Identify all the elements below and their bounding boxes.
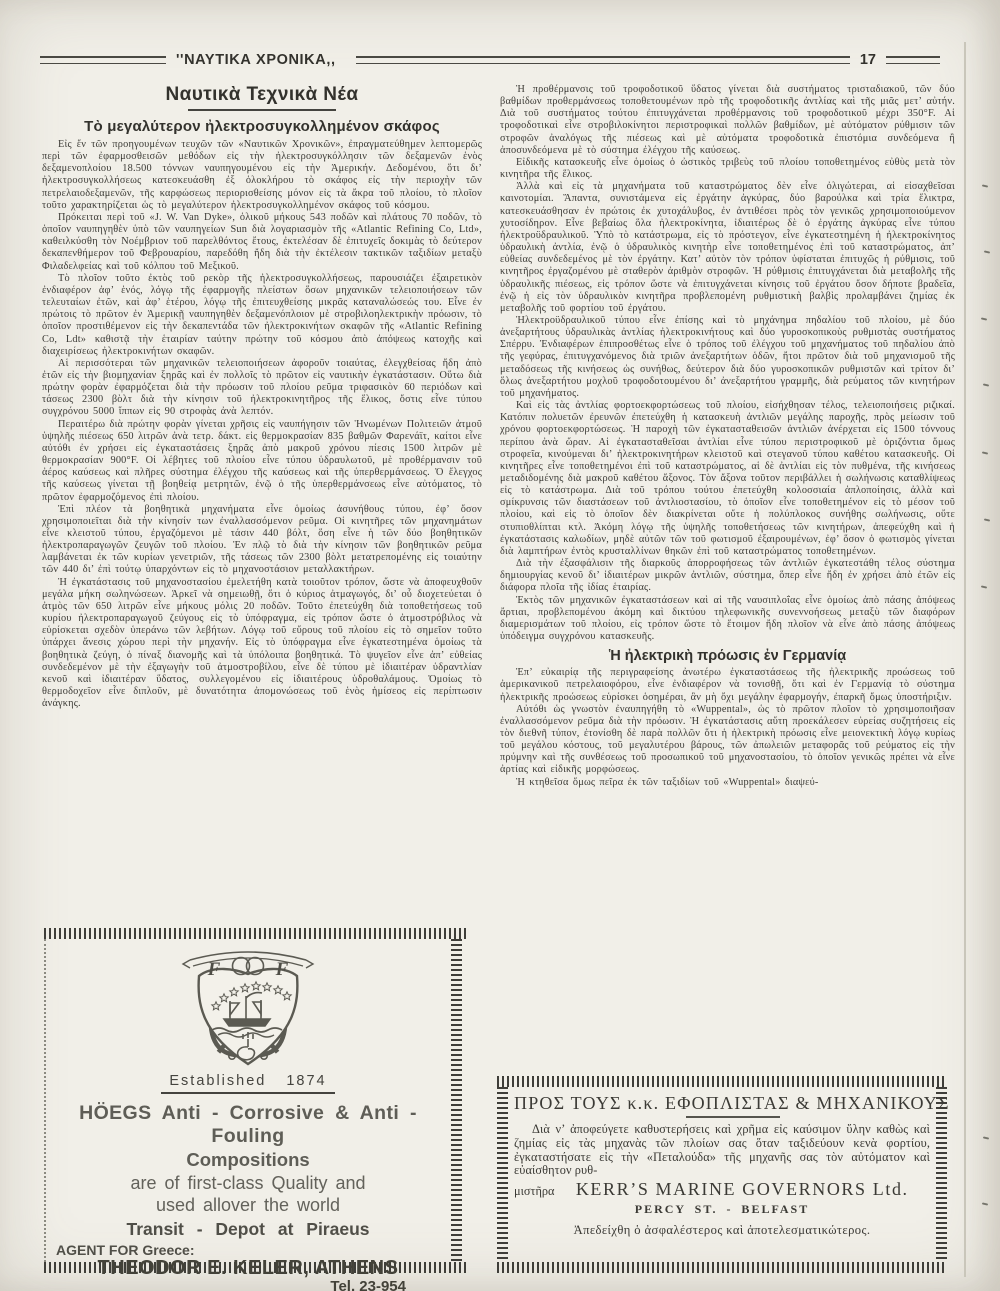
ad-border-hatch — [936, 1087, 947, 1262]
article-headline: Τὸ μεγαλύτερον ἠλεκτροσυγκολλημένον σκάφ… — [42, 118, 482, 135]
kerrs-tagline: Ἀπεδείχθη ὁ ἀσφαλέστερος καὶ ἀποτελεσματ… — [514, 1223, 930, 1238]
kerrs-heading-underline — [686, 1116, 780, 1118]
article-paragraph: Τὸ πλοῖον τοῦτο ἐκτὸς τοῦ ρεκὸρ τῆς ἠλεκ… — [42, 273, 482, 358]
binding-mark — [982, 451, 988, 454]
hoegs-ad: F F Established 1874 HÖEGS Anti - Corros… — [44, 928, 468, 1273]
article-paragraph: Ἡ προθέρμανσις τοῦ τροφοδοτικοῦ ὕδατος γ… — [500, 84, 955, 157]
ad-border-hatch — [44, 928, 468, 939]
ad-border-hatch — [451, 939, 462, 1262]
established-line: Established 1874 — [161, 1073, 334, 1094]
article-paragraph: Ἡ κτηθεῖσα ὅμως πεῖρα ἐκ τῶν ταξιδίων το… — [500, 777, 955, 789]
article-paragraph: Ἡ ἐγκατάστασις τοῦ μηχανοστασίου ἐμελετή… — [42, 577, 482, 711]
article-paragraph: Περαιτέρω διὰ πρώτην φορὰν γίνεται χρῆσι… — [42, 419, 482, 504]
binding-mark — [982, 184, 988, 187]
article-paragraph: Αἱ περισσότεραι τῶν μηχανικῶν τελειοποιή… — [42, 358, 482, 419]
left-column: Ναυτικὰ Τεχνικὰ Νέα Τὸ μεγαλύτερον ἠλεκτ… — [42, 84, 482, 930]
article-paragraph: Διὰ τὴν ἐξασφάλισιν τῆς διαρκοῦς ἀπορροφ… — [500, 558, 955, 594]
article-paragraph: Εἰς ἕν τῶν προηγουμένων τευχῶν τῶν «Ναυτ… — [42, 139, 482, 212]
hoegs-crest-icon: F F — [142, 943, 354, 1069]
hoegs-agent-name: THEODOR E. KELER, ATHENS — [52, 1257, 444, 1280]
title-rule — [188, 109, 336, 111]
masthead-rule — [40, 56, 166, 64]
masthead-title: ''ΝΑΥΤΙΚΑ ΧΡΟΝΙΚΑ,, — [176, 52, 336, 68]
hoegs-title-2: Compositions — [52, 1149, 444, 1171]
kerrs-company-name: KERR’S MARINE GOVERNORS Ltd. — [554, 1179, 930, 1200]
kerrs-ad: ΠΡΟΣ ΤΟΥΣ κ.κ. ΕΦΟΠΛΙΣΤΑΣ & ΜΗΧΑΝΙΚΟΥΣ Δ… — [497, 1076, 947, 1273]
page-number: 17 — [860, 52, 876, 68]
article-paragraph: Ἐκτὸς τῶν μηχανικῶν ἐγκαταστάσεων καὶ αἱ… — [500, 595, 955, 644]
subsection-title: Ἡ ἠλεκτρικὴ πρόωσις ἐν Γερμανίᾳ — [500, 648, 955, 664]
hoegs-depot-line: Transit - Depot at Piraeus — [52, 1219, 444, 1240]
masthead: ''ΝΑΥΤΙΚΑ ΧΡΟΝΙΚΑ,, 17 — [40, 52, 940, 68]
masthead-rule — [886, 56, 940, 64]
binding-mark — [984, 518, 990, 521]
binding-mark — [981, 317, 987, 320]
svg-text:F: F — [275, 959, 289, 980]
kerrs-body: Διὰ ν’ ἀποφεύγετε καθυστερήσεις καὶ χρῆμ… — [514, 1123, 930, 1178]
hoegs-title: HÖEGS Anti - Corrosive & Anti - Fouling — [52, 1102, 444, 1148]
hoegs-slogan: used allover the world — [52, 1195, 444, 1216]
ad-border-dotted — [44, 939, 46, 1262]
article-paragraph: Ἐπ’ εὐκαιρίᾳ τῆς περιγραφείσης ἀνωτέρω ἐ… — [500, 667, 955, 703]
article-paragraph: Ἠλεκτροϋδραυλικοῦ τύπου εἶνε ἐπίσης καὶ … — [500, 315, 955, 400]
article-paragraph: Πρόκειται περὶ τοῦ «J. W. Van Dyke», ὁλι… — [42, 212, 482, 273]
article-paragraph: Ἐπὶ πλέον τὰ βοηθητικὰ μηχανήματα εἶνε ὁ… — [42, 504, 482, 577]
binding-mark — [984, 250, 990, 253]
article-paragraph: Ἀλλὰ καὶ εἰς τὰ μηχανήματα τοῦ καταστρώμ… — [500, 181, 955, 315]
masthead-rule — [356, 56, 850, 64]
ad-border-hatch — [497, 1087, 508, 1262]
hoegs-agent-label: AGENT FOR Greece: — [56, 1242, 444, 1258]
binding-mark — [983, 1136, 989, 1139]
kerrs-address: PERCY ST. - BELFAST — [514, 1202, 930, 1217]
ad-border-hatch — [497, 1076, 947, 1087]
page-edge-line — [964, 42, 966, 1277]
binding-mark — [981, 585, 987, 588]
right-column: Ἡ προθέρμανσις τοῦ τροφοδοτικοῦ ὕδατος γ… — [500, 84, 955, 1078]
hoegs-slogan: are of first-class Quality and — [52, 1173, 444, 1194]
kerrs-body-continuation: μιστῆρα — [514, 1184, 554, 1199]
kerrs-heading: ΠΡΟΣ ΤΟΥΣ κ.κ. ΕΦΟΠΛΙΣΤΑΣ & ΜΗΧΑΝΙΚΟΥΣ — [514, 1093, 930, 1114]
svg-text:F: F — [207, 959, 221, 980]
article-paragraph: Εἰδικῆς κατασκευῆς εἶνε ὁμοίως ὁ ὠστικὸς… — [500, 157, 955, 181]
article-paragraph: Καὶ εἰς τὰς ἀντλίας φορτοεκφορτώσεως τοῦ… — [500, 400, 955, 558]
binding-mark — [982, 1202, 988, 1205]
ad-border-hatch — [497, 1262, 947, 1273]
binding-mark — [983, 383, 989, 386]
article-paragraph: Αὐτόθι ὡς γνωστὸν ἐναυπηγήθη τὸ «Wuppent… — [500, 704, 955, 777]
section-title: Ναυτικὰ Τεχνικὰ Νέα — [42, 84, 482, 106]
